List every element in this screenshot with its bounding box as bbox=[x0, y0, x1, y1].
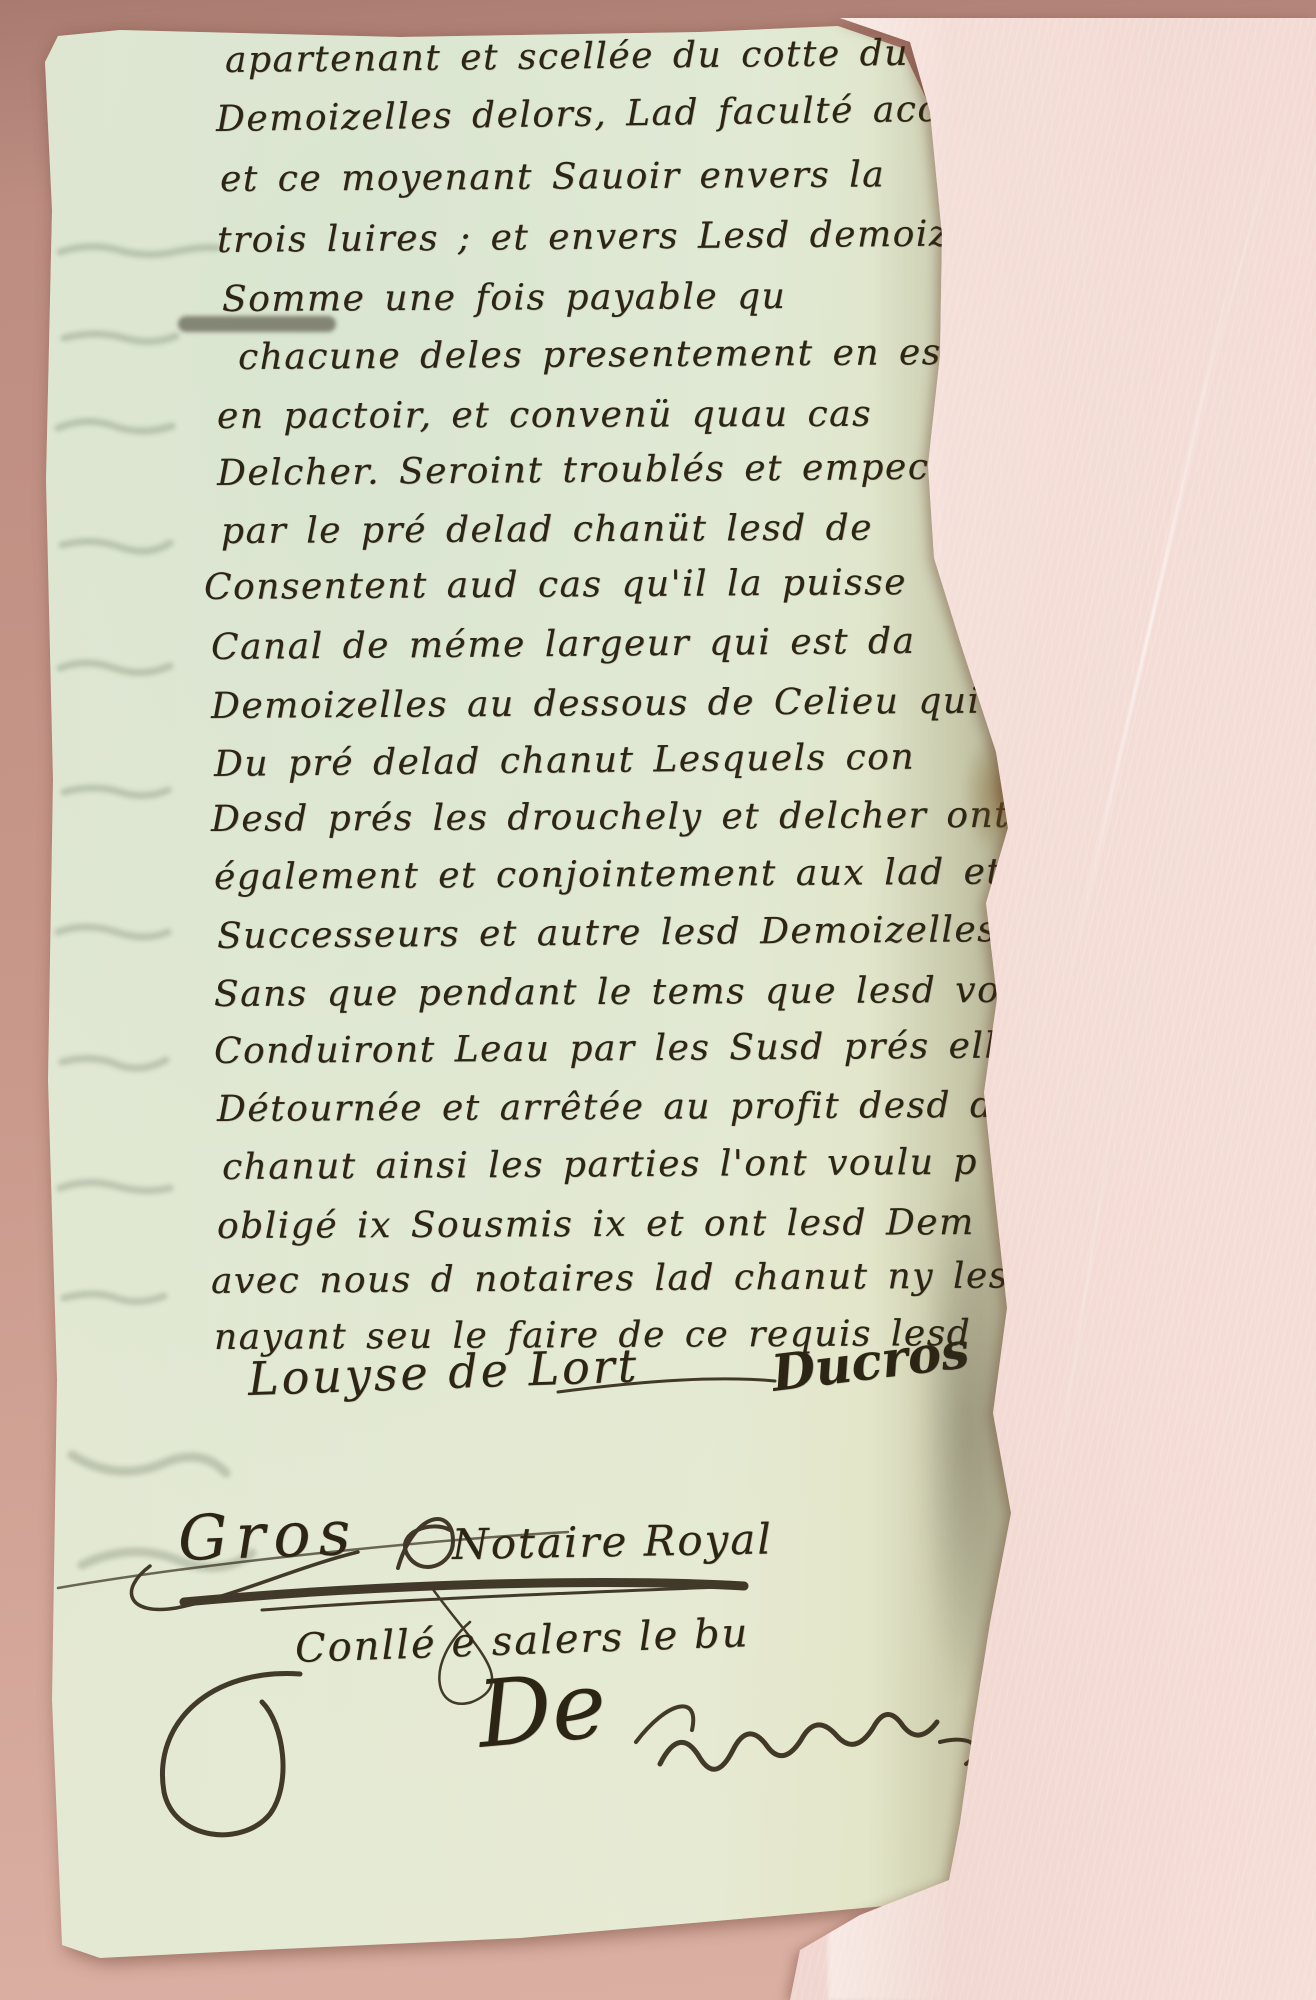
tissue-crease bbox=[1047, 1013, 1130, 1527]
tissue-crease bbox=[1180, 68, 1298, 472]
tissue-overlay-sheet bbox=[0, 0, 1316, 2000]
tissue-torn-edge-highlight bbox=[828, 0, 1028, 2000]
photo-of-manuscript: apartenant et scellée du cotte du sepDem… bbox=[0, 0, 1316, 2000]
tissue-sheet-shadow bbox=[0, 0, 1316, 2000]
